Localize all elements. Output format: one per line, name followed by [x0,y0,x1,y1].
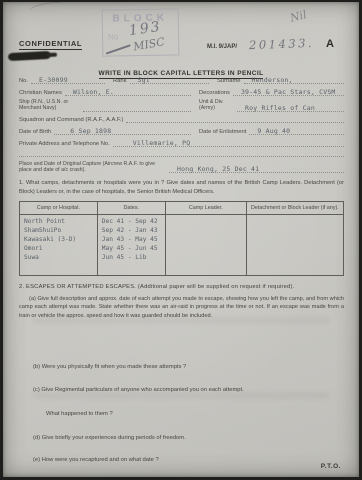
field-rank: Rank Sgt [113,75,209,84]
confidential-label: CONFIDENTIAL [19,39,82,50]
col-camp-leader: Camp Leader. [165,201,246,214]
camp-leader-cell [165,214,246,275]
escapes-item-a: (a) Give full description and approx. da… [19,295,344,320]
camp-name: North Point [24,218,93,227]
field-date-of-birth: Date of Birth 6 Sep 1898 [19,126,191,135]
rank-value: Sgt [130,76,150,84]
camp-dates: Dec 41 - Sep 42 [102,218,161,227]
question-1-text: 1. What camps, detachments or hospitals … [19,179,344,196]
surname-label: Surname [217,78,244,84]
unit-division-value: Roy Rifles of Can [237,104,315,112]
rank-label: Rank [113,78,130,84]
service-number-value: E-30099 [31,76,68,84]
camps-table-body: North Point ShamShuiPo Kawasaki (3-D) Om… [20,214,344,275]
escapes-item-e: (e) How were you recaptured and on what … [19,457,344,463]
col-camp-or-hospital: Camp or Hospital. [20,201,98,214]
camp-name: Omori [24,245,93,254]
stamp-no-text: No [108,32,118,41]
field-ship: Ship (R.N., U.S.N. or Merchant Navy) [19,99,191,112]
block-number-stamp: BLOCK No 193 MISC [102,8,180,56]
field-unit-division: Unit & Div. (Army) Roy Rifles of Can [199,99,344,112]
date-of-birth-value: 6 Sep 1898 [54,127,111,135]
blank-ruled-line [19,150,344,157]
camp-name: Kawasaki (3-D) [24,236,93,245]
christian-names-value: Wilson, E. [65,88,114,96]
unit-division-label: Unit & Div. (Army) [199,99,237,112]
field-service-number: No. E-30099 [19,75,105,84]
field-decorations: Decorations 39-45 & Pac Stars, CVSM [199,87,344,96]
camps-table-header-row: Camp or Hospital. Dates. Camp Leader. De… [20,201,344,214]
field-row-5: Date of Birth 6 Sep 1898 Date of Enlistm… [19,126,344,135]
field-christian-names: Christian Names Wilson, E. [19,87,191,96]
field-row-1: No. E-30099 Rank Sgt Surname Henderson, [19,75,344,84]
field-date-of-enlistment: Date of Enlistment 9 Aug 40 [199,126,344,135]
camp-names-cell: North Point ShamShuiPo Kawasaki (3-D) Om… [20,214,98,275]
date-of-birth-label: Date of Birth [19,129,54,135]
escapes-item-b: (b) Were you physically fit when you mad… [19,364,344,370]
col-dates: Dates. [97,201,165,214]
camps-table: Camp or Hospital. Dates. Camp Leader. De… [19,201,344,276]
pencil-slash [106,44,131,54]
capture-value: Hong Kong, 25 Dec 41 [169,165,259,173]
date-of-enlistment-value: 9 Aug 40 [249,127,290,135]
field-row-2: Christian Names Wilson, E. Decorations 3… [19,87,344,96]
decorations-value: 39-45 & Pac Stars, CVSM [233,88,336,96]
field-row-4: Squadron and Command (R.A.F., A.A.F.) [19,115,344,123]
capture-label: Place and Date of Original Capture (Airc… [19,161,169,174]
decorations-label: Decorations [199,90,233,96]
camp-dates: Sep 42 - Jan 43 [102,227,161,236]
private-address-label: Private Address and Telephone No. [19,141,113,147]
detachment-leader-cell [246,214,343,275]
ink-blot [8,51,51,61]
personal-details-section: No. E-30099 Rank Sgt Surname Henderson, … [19,75,344,463]
camp-dates: Jan 43 - May 45 [102,236,161,245]
field-row-3: Ship (R.N., U.S.N. or Merchant Navy) Uni… [19,99,344,112]
ship-label: Ship (R.N., U.S.N. or Merchant Navy) [19,99,83,112]
camp-name: Suwa [24,254,93,263]
scanned-form-page: CONFIDENTIAL BLOCK No 193 MISC Nil M.I. … [0,0,362,480]
page-turn-over-label: P.T.O. [321,463,341,470]
escapes-item-d: (d) Give briefly your experiences during… [19,435,344,441]
camp-dates-cell: Dec 41 - Sep 42 Sep 42 - Jan 43 Jan 43 -… [97,214,165,275]
date-of-enlistment-label: Date of Enlistment [199,129,249,135]
case-number-handwritten: 201433. [249,36,315,52]
pencil-scribble-top-left [29,1,64,15]
service-number-label: No. [19,78,31,84]
paper-background: CONFIDENTIAL BLOCK No 193 MISC Nil M.I. … [3,2,359,477]
field-surname: Surname Henderson, [217,75,344,84]
col-detachment-leader: Detachment or Block Leader (if any). [246,201,343,214]
field-capture: Place and Date of Original Capture (Airc… [19,161,344,174]
christian-names-label: Christian Names [19,90,65,96]
squadron-label: Squadron and Command (R.A.F., A.A.F.) [19,117,126,123]
private-address-value: Villemarie, PQ [113,139,191,147]
field-squadron: Squadron and Command (R.A.F., A.A.F.) [19,115,344,123]
bleed-through-smudge [33,393,329,398]
field-private-address: Private Address and Telephone No. Villem… [19,138,344,147]
field-row-continuation [19,150,344,157]
bleed-through-smudge [33,318,329,323]
escapes-heading: 2. ESCAPES OR ATTEMPTED ESCAPES. (Additi… [19,284,344,290]
escapes-section: 2. ESCAPES OR ATTEMPTED ESCAPES. (Additi… [19,284,344,463]
field-row-6: Private Address and Telephone No. Villem… [19,138,344,147]
mi9-reference-label: M.I. 9/JAP/ [207,44,237,50]
grade-letter: A [326,38,334,50]
camp-dates: Jun 45 - Lib [102,254,161,263]
escapes-item-c2: What happened to them ? [19,411,344,417]
camp-name: ShamShuiPo [24,227,93,236]
pencil-note: Nil [289,8,308,25]
surname-value: Henderson, [244,76,293,84]
camp-dates: May 45 - Jun 45 [102,245,161,254]
